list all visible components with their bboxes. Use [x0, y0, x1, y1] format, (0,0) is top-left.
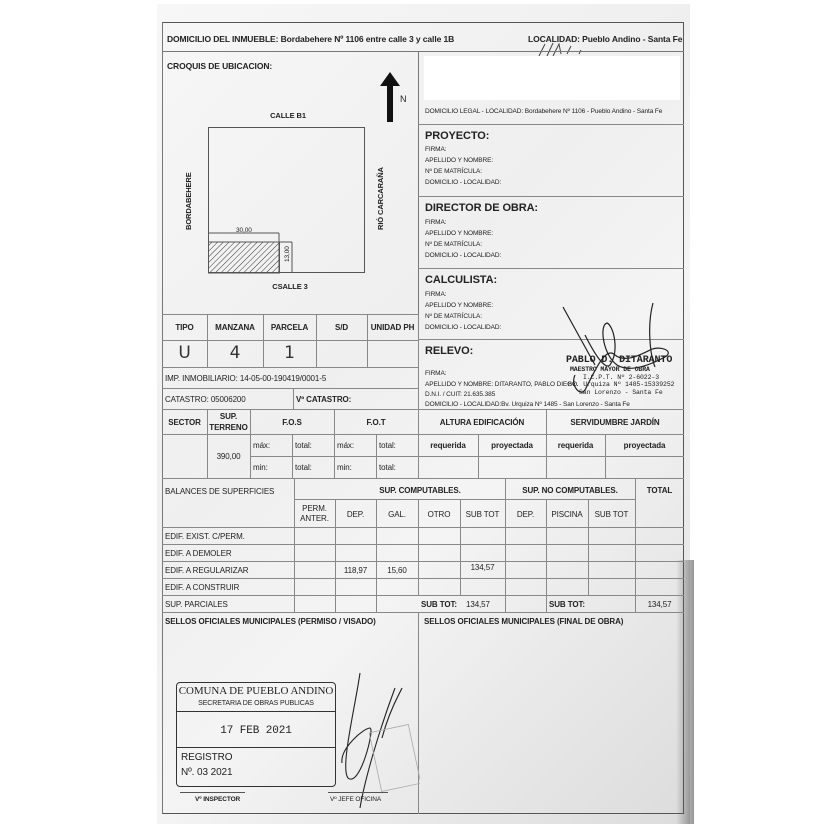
- divider: [292, 434, 293, 478]
- fos-total: total:: [295, 441, 312, 450]
- header-altura: ALTURA EDIFICACIÓN: [418, 418, 546, 427]
- divider: [293, 388, 294, 409]
- field-matricula: Nº DE MATRÍCULA:: [425, 241, 482, 248]
- regularizar-subtot: 134,57: [460, 563, 505, 572]
- street-left: BORDABEHERE: [184, 172, 193, 230]
- signature-relevo: [555, 295, 685, 400]
- fos-min: min:: [253, 463, 268, 472]
- col-sub-tot: SUB TOT: [460, 510, 505, 519]
- divider: [162, 527, 684, 528]
- divider: [294, 499, 635, 500]
- divider: [162, 340, 418, 341]
- parcel-header-unidad-ph: UNIDAD PH: [367, 323, 418, 332]
- servidumbre-proyectada: proyectada: [605, 441, 684, 450]
- field-domicilio: DOMICILIO - LOCALIDAD:Bv. Urquiza Nº 148…: [425, 401, 630, 408]
- fot-max: máx:: [337, 441, 354, 450]
- total-header: TOTAL: [635, 486, 684, 495]
- col-otro: OTRO: [418, 510, 460, 519]
- fot-min-total: total:: [379, 463, 396, 472]
- north-label: N: [400, 94, 406, 104]
- fos-min-total: total:: [295, 463, 312, 472]
- divider: [162, 314, 418, 315]
- imp-inmobiliario: IMP. INMOBILIARIO: 14-05-00-190419/0001-…: [165, 374, 326, 383]
- parcel-manzana-value: 4: [207, 343, 263, 363]
- stamp-line2: SECRETARIA DE OBRAS PUBLICAS: [177, 700, 335, 707]
- divider: [162, 612, 684, 613]
- section-title-calculista: CALCULISTA:: [425, 274, 497, 286]
- row-label-regularizar: EDIF. A REGULARIZAR: [165, 566, 248, 575]
- divider: [162, 561, 684, 562]
- row-label-parciales: SUP. PARCIALES: [165, 600, 228, 609]
- divider: [162, 478, 684, 479]
- regularizar-gal: 15,60: [376, 566, 418, 575]
- col-gal: GAL.: [376, 510, 418, 519]
- header-fos: F.O.S: [250, 418, 334, 427]
- balances-title: BALANCES DE SUPERFICIES: [165, 486, 275, 497]
- group-no-computables: SUP. NO COMPUTABLES.: [505, 486, 635, 495]
- stamp-line1: COMUNA DE PUEBLO ANDINO: [177, 685, 335, 697]
- divider: [162, 544, 684, 545]
- fot-min: min:: [337, 463, 352, 472]
- field-apellido: APELLIDO Y NOMBRE:: [425, 157, 493, 164]
- col-piscina: PISCINA: [546, 510, 588, 519]
- divider: [418, 314, 419, 409]
- divider: [162, 367, 418, 368]
- field-firma: FIRMA:: [425, 146, 446, 153]
- stamp-registro: REGISTRO: [181, 752, 232, 763]
- field-domicilio: DOMICILIO - LOCALIDAD:: [425, 179, 501, 186]
- divider: [635, 478, 636, 612]
- header-sup-terreno: SUP. TERRENO: [207, 411, 250, 433]
- altura-proyectada: proyectada: [478, 441, 546, 450]
- divider: [177, 711, 335, 712]
- divider: [418, 196, 684, 197]
- total-value: 134,57: [635, 600, 684, 609]
- header-sector: SECTOR: [162, 418, 207, 427]
- parcel-header-parcela: PARCELA: [263, 323, 316, 332]
- field-matricula: Nº DE MATRÍCULA:: [425, 313, 482, 320]
- regularizar-dep: 118,97: [335, 566, 376, 575]
- col-dep-nc: DEP.: [505, 510, 546, 519]
- croquis-title: CROQUIS DE UBICACION:: [167, 61, 272, 71]
- sellos-permiso-title: SELLOS OFICIALES MUNICIPALES (PERMISO / …: [165, 617, 376, 626]
- divider: [162, 388, 418, 389]
- row-label-exist: EDIF. EXIST. C/PERM.: [165, 532, 245, 541]
- col-sub-tot-nc: SUB TOT: [588, 510, 635, 519]
- field-firma: FIRMA:: [425, 370, 446, 377]
- street-right: RIÓ CARCARAÑA: [376, 167, 385, 230]
- group-computables: SUP. COMPUTABLES.: [335, 486, 505, 495]
- divider: [376, 434, 377, 478]
- catastro: CATASTRO: 05006200: [165, 395, 246, 404]
- divider: [418, 124, 684, 125]
- field-firma: FIRMA:: [425, 219, 446, 226]
- header-fot: F.O.T: [334, 418, 418, 427]
- field-domicilio: DOMICILIO - LOCALIDAD:: [425, 324, 501, 331]
- fos-max: máx:: [253, 441, 270, 450]
- stamp-numero: Nº. 03 2021: [181, 767, 232, 778]
- divider: [250, 456, 684, 457]
- divider: [162, 51, 684, 52]
- field-apellido: APELLIDO Y NOMBRE:: [425, 302, 493, 309]
- divider: [294, 478, 295, 612]
- divider: [162, 409, 684, 410]
- fot-total: total:: [379, 441, 396, 450]
- divider: [162, 578, 684, 579]
- row-label-construir: EDIF. A CONSTRUIR: [165, 583, 239, 592]
- subtot-label-nc: SUB TOT:: [549, 600, 585, 609]
- parcel-parcela-value: 1: [263, 343, 316, 363]
- dim-width: 30,00: [236, 227, 252, 234]
- subtot-comp-value: 134,57: [466, 600, 490, 609]
- header-servidumbre: SERVIDUMBRE JARDÍN: [546, 418, 684, 427]
- vb-inspector: Vº INSPECTOR: [195, 796, 240, 803]
- field-matricula: Nº DE MATRÍCULA:: [425, 168, 482, 175]
- divider: [418, 51, 419, 314]
- field-apellido: APELLIDO Y NOMBRE:: [425, 230, 493, 237]
- owner-redacted-box: [424, 56, 680, 100]
- section-title-director: DIRECTOR DE OBRA:: [425, 202, 538, 214]
- municipal-stamp: COMUNA DE PUEBLO ANDINO SECRETARIA DE OB…: [176, 682, 336, 787]
- col-perm-anter: PERM. ANTER.: [294, 504, 335, 524]
- north-arrow-icon: [378, 72, 418, 126]
- divider: [505, 478, 506, 612]
- subtot-label-comp: SUB TOT:: [421, 600, 457, 609]
- signature-line-jefe: [328, 792, 388, 793]
- street-bottom: CSALLE 3: [250, 282, 330, 291]
- altura-requerida: requerida: [418, 441, 478, 450]
- field-dni: D.N.I. / CUIT: 21.635.385: [425, 391, 495, 398]
- field-domicilio: DOMICILIO - LOCALIDAD:: [425, 252, 501, 259]
- vb-catastro: Vº CATASTRO:: [296, 395, 351, 404]
- parcel-tipo-value: U: [162, 343, 207, 363]
- servidumbre-requerida: requerida: [546, 441, 605, 450]
- sup-terreno-value: 390,00: [207, 452, 250, 461]
- dim-height: 13,00: [284, 246, 291, 262]
- parcel-header-tipo: TIPO: [162, 323, 207, 332]
- col-dep: DEP.: [335, 510, 376, 519]
- divider: [418, 268, 684, 269]
- field-firma: FIRMA:: [425, 291, 446, 298]
- divider: [162, 595, 684, 596]
- sellos-final-title: SELLOS OFICIALES MUNICIPALES (FINAL DE O…: [424, 617, 623, 626]
- signature-line-inspector: [180, 792, 245, 793]
- divider: [177, 747, 335, 748]
- row-label-demoler: EDIF. A DEMOLER: [165, 549, 232, 558]
- divider: [367, 314, 368, 367]
- stamp-date: 17 FEB 2021: [177, 725, 335, 737]
- street-top: CALLE B1: [248, 111, 328, 120]
- parcel-header-sd: S/D: [316, 323, 367, 332]
- domicilio-inmueble: DOMICILIO DEL INMUEBLE: Bordabehere Nº 1…: [167, 34, 454, 44]
- parcel-header-manzana: MANZANA: [207, 323, 263, 332]
- section-title-proyecto: PROYECTO:: [425, 130, 489, 142]
- divider: [316, 314, 317, 367]
- vb-jefe-oficina: Vº JEFE OFICINA: [330, 796, 381, 803]
- section-title-relevo: RELEVO:: [425, 345, 473, 357]
- domicilio-legal: DOMICILIO LEGAL - LOCALIDAD: Bordabehere…: [425, 108, 662, 115]
